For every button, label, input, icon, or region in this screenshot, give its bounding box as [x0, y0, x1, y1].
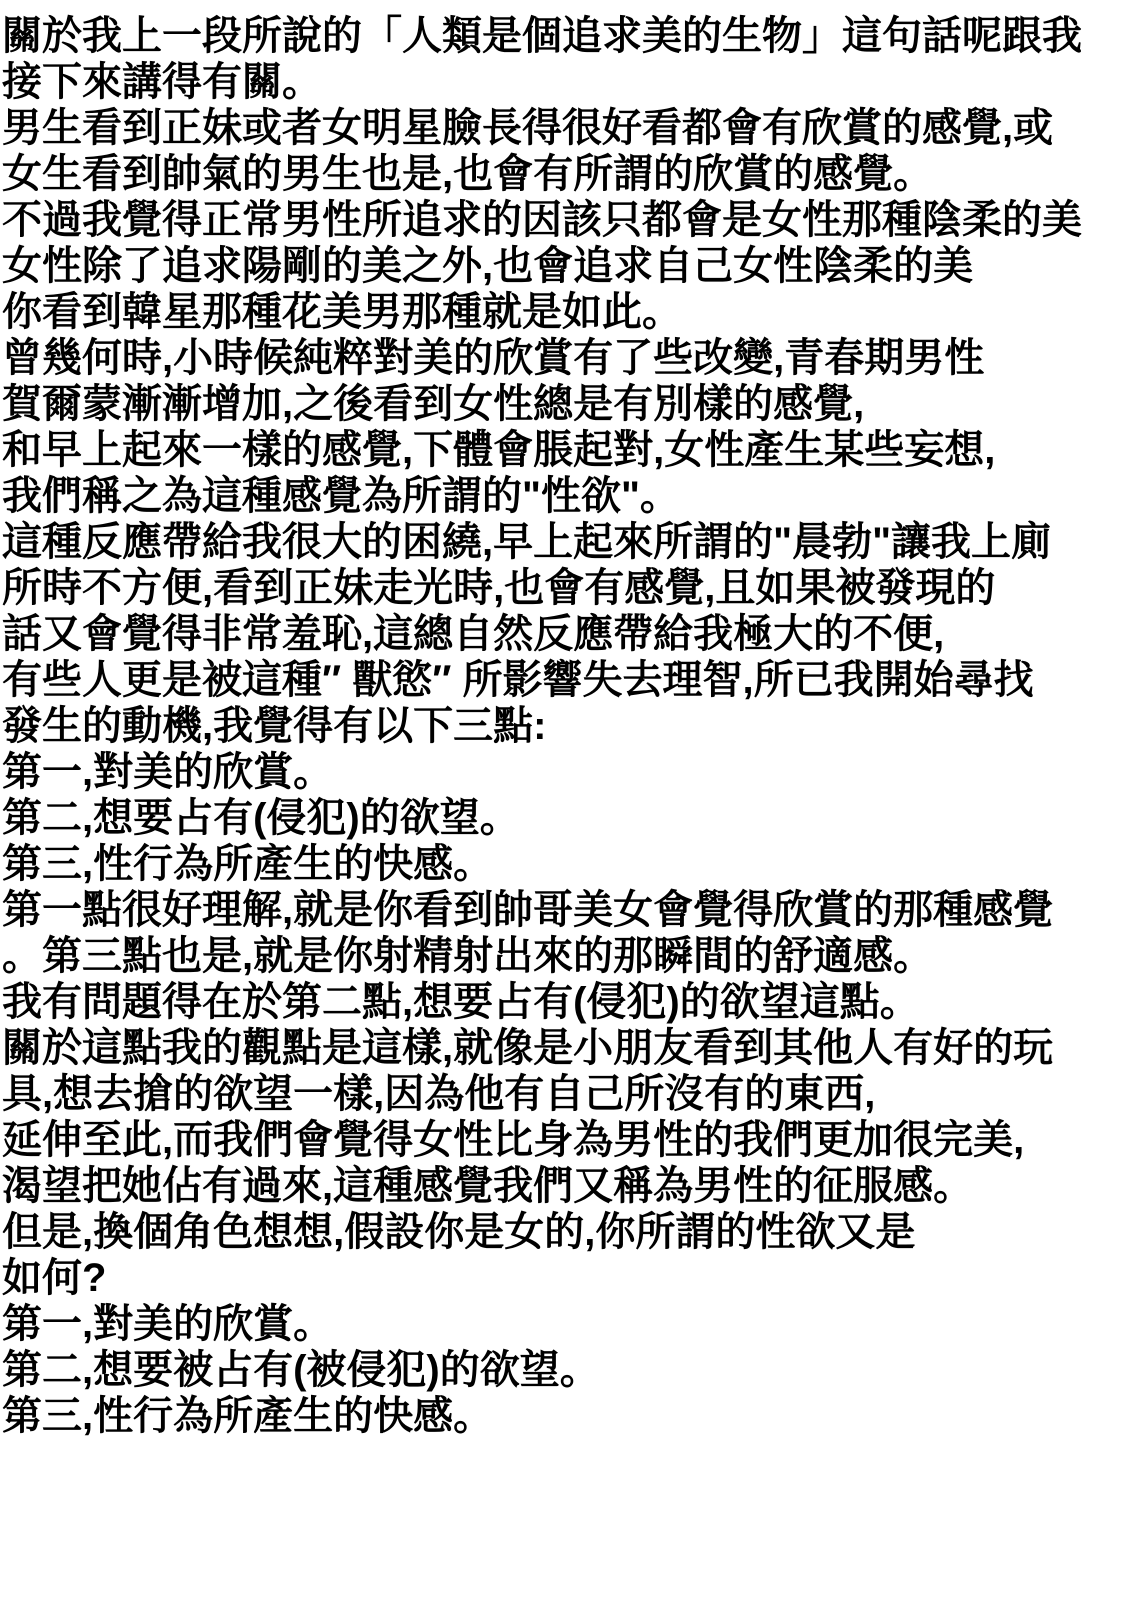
text-line: 第二,想要被占有(被侵犯)的欲望。	[2, 1347, 1133, 1393]
text-line: 延伸至此,而我們會覺得女性比身為男性的我們更加很完美,	[2, 1117, 1133, 1163]
text-line: 具,想去搶的欲望一樣,因為他有自己所沒有的東西,	[2, 1071, 1133, 1117]
text-line: 關於這點我的觀點是這樣,就像是小朋友看到其他人有好的玩	[2, 1025, 1133, 1071]
text-line: 第二,想要占有(侵犯)的欲望。	[2, 795, 1133, 841]
text-line: 所時不方便,看到正妹走光時,也會有感覺,且如果被發現的	[2, 565, 1133, 611]
text-line: 關於我上一段所說的「人類是個追求美的生物」這句話呢跟我	[2, 13, 1133, 59]
text-line: 女性除了追求陽剛的美之外,也會追求自己女性陰柔的美	[2, 243, 1133, 289]
text-line: 有些人更是被這種″ 獸慾″ 所影響失去理智,所已我開始尋找	[2, 657, 1133, 703]
text-line: 你看到韓星那種花美男那種就是如此。	[2, 289, 1133, 335]
text-line: 這種反應帶給我很大的困繞,早上起來所謂的"晨勃"讓我上廁	[2, 519, 1133, 565]
text-line: 曾幾何時,小時候純粹對美的欣賞有了些改變,青春期男性	[2, 335, 1133, 381]
document: 關於我上一段所說的「人類是個追求美的生物」這句話呢跟我 接下來講得有關。 男生看…	[0, 0, 1133, 1600]
text-line: 男生看到正妹或者女明星臉長得很好看都會有欣賞的感覺,或	[2, 105, 1133, 151]
text-line: 。第三點也是,就是你射精射出來的那瞬間的舒適感。	[2, 933, 1133, 979]
text-line: 不過我覺得正常男性所追求的因該只都會是女性那種陰柔的美	[2, 197, 1133, 243]
text-line: 我們稱之為這種感覺為所謂的"性欲"。	[2, 473, 1133, 519]
text-line: 接下來講得有關。	[2, 59, 1133, 105]
text-line: 渴望把她佔有過來,這種感覺我們又稱為男性的征服感。	[2, 1163, 1133, 1209]
text-line: 發生的動機,我覺得有以下三點:	[2, 703, 1133, 749]
text-line: 第三,性行為所產生的快感。	[2, 841, 1133, 887]
text-line: 但是,換個角色想想,假設你是女的,你所謂的性欲又是	[2, 1209, 1133, 1255]
text-line: 第一,對美的欣賞。	[2, 749, 1133, 795]
text-line: 和早上起來一樣的感覺,下體會脹起對,女性產生某些妄想,	[2, 427, 1133, 473]
text-line: 第一點很好理解,就是你看到帥哥美女會覺得欣賞的那種感覺	[2, 887, 1133, 933]
text-line: 我有問題得在於第二點,想要占有(侵犯)的欲望這點。	[2, 979, 1133, 1025]
text-line: 第一,對美的欣賞。	[2, 1301, 1133, 1347]
text-line: 話又會覺得非常羞恥,這總自然反應帶給我極大的不便,	[2, 611, 1133, 657]
text-line: 第三,性行為所產生的快感。	[2, 1393, 1133, 1439]
text-line: 女生看到帥氣的男生也是,也會有所謂的欣賞的感覺。	[2, 151, 1133, 197]
text-line: 如何?	[2, 1255, 1133, 1301]
text-line: 賀爾蒙漸漸增加,之後看到女性總是有別樣的感覺,	[2, 381, 1133, 427]
